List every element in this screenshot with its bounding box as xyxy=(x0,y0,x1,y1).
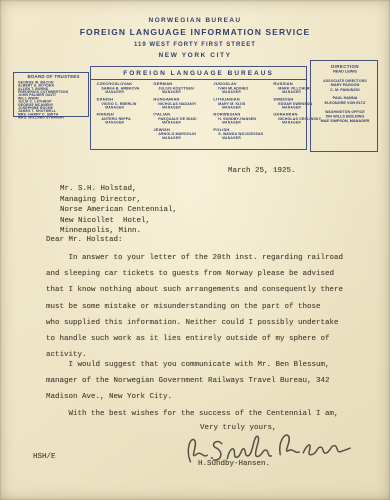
direction-box: DIRECTION READ LEWIS ASSOCIATE DIRECTORS… xyxy=(310,60,378,152)
washington-office-line: MAE SIMPSON, MANAGER xyxy=(311,119,379,124)
bureau-entry: DANISH VIGGO C. EBERLIN MANAGER xyxy=(97,97,154,109)
bureau-manager-label: MANAGER xyxy=(153,121,213,125)
bureaus-column-2: GERMAN JULIUS KOETTGEN MANAGER HUNGARIAN… xyxy=(153,82,213,143)
staff-names: PAUL HANNAELEONORE VON ELTZ xyxy=(311,96,379,106)
foreign-language-bureaus-box: FOREIGN LANGUAGE BUREAUS CZECHOSLOVAK SA… xyxy=(90,66,307,150)
bureau-manager-label: MANAGER xyxy=(213,106,273,110)
bureau-manager-label: MANAGER xyxy=(97,121,154,125)
bureau-entry: LITHUANIAN MARY M. KIZIS MANAGER xyxy=(213,97,273,109)
bureau-manager-label: MANAGER xyxy=(97,106,154,110)
board-of-trustees-box: BOARD OF TRUSTEES GEORGE W. BACON ALBERT… xyxy=(13,72,89,117)
bureau-entry: FINNISH ANTERO RIIPPA MANAGER xyxy=(97,112,154,124)
bureau-manager-label: MANAGER xyxy=(153,106,213,110)
bureau-manager-label: MANAGER xyxy=(273,121,313,125)
bureau-manager-label: MANAGER xyxy=(213,136,273,140)
board-title: BOARD OF TRUSTEES xyxy=(18,74,89,79)
bureau-manager-label: MANAGER xyxy=(213,121,273,125)
bureau-entry: ITALIAN PASQUALE DE BIASI MANAGER xyxy=(153,112,213,124)
bureau-manager-label: MANAGER xyxy=(97,90,154,94)
body-paragraph-1: In answer to your letter of the 20th ins… xyxy=(46,250,343,363)
board-member: MRS. WILLARD STRAIGHT xyxy=(18,116,93,119)
bureau-manager-label: MANAGER xyxy=(213,90,273,94)
salutation: Dear Mr. Holstad: xyxy=(46,236,123,244)
bureau-entry: JUGOSLAV IVAN MLADINEO MANAGER xyxy=(213,82,273,94)
staff-member: ELEONORE VON ELTZ xyxy=(311,101,379,106)
bureaus-column-3: JUGOSLAV IVAN MLADINEO MANAGER LITHUANIA… xyxy=(213,82,273,143)
letterhead-org-name: FOREIGN LANGUAGE INFORMATION SERVICE xyxy=(0,27,390,37)
bureau-manager-label: MANAGER xyxy=(273,106,313,110)
bureau-entry: SWEDISH EDGAR SWENSON MANAGER xyxy=(273,97,313,109)
bureau-manager-label: MANAGER xyxy=(153,90,213,94)
bureaus-column-1: CZECHOSLOVAK SARKA B. HRBKOVA MANAGER DA… xyxy=(97,82,154,143)
reference-initials: HSH/E xyxy=(33,453,56,461)
recipient-address: Mr. S.H. Holstad, Managing Director, Nor… xyxy=(60,184,177,237)
body-paragraph-2: I would suggest that you communicate wit… xyxy=(46,357,330,406)
bureaus-title: FOREIGN LANGUAGE BUREAUS xyxy=(91,67,306,80)
body-paragraph-3: With the best wishes for the success of … xyxy=(46,406,339,422)
letterhead-bureau-line: NORWEGIAN BUREAU xyxy=(0,17,390,24)
bureau-entry: HUNGARIAN NICHOLAS NADANYI MANAGER xyxy=(153,97,213,109)
bureau-entry: JEWISH ARNOLD MARGOLIN MANAGER xyxy=(153,128,213,140)
washington-office-lines: 504 WILLS BUILDINGMAE SIMPSON, MANAGER xyxy=(311,114,379,124)
bureaus-column-4: RUSSIAN MARK VILLCHUR MANAGER SWEDISH ED… xyxy=(273,82,313,143)
letter-date: March 25, 1925. xyxy=(228,167,296,175)
letterhead-city: NEW YORK CITY xyxy=(0,52,390,59)
board-member-list: GEORGE W. BACON ALBERT A. BOYDEN ALLEN T… xyxy=(18,81,93,119)
bureaus-grid: CZECHOSLOVAK SARKA B. HRBKOVA MANAGER DA… xyxy=(91,80,313,143)
bureau-entry: RUSSIAN MARK VILLCHUR MANAGER xyxy=(273,82,313,94)
bureau-manager-label: MANAGER xyxy=(273,90,313,94)
associate-director: C. M. PANUNZIO xyxy=(311,88,379,93)
bureau-entry: CZECHOSLOVAK SARKA B. HRBKOVA MANAGER xyxy=(97,82,154,94)
director-name: READ LEWIS xyxy=(311,69,379,74)
associate-director-list: MARY PAGOONC. M. PANUNZIO xyxy=(311,83,379,93)
bureau-entry: POLISH S. WANDA WOJCIESZAK MANAGER xyxy=(213,128,273,140)
typed-signature-name: H.Sundby-Hansen. xyxy=(198,460,270,468)
bureau-entry: UKRAINIAN NICHOLAS CEGLINSKY MANAGER xyxy=(273,112,313,124)
bureau-entry: GERMAN JULIUS KOETTGEN MANAGER xyxy=(153,82,213,94)
letterhead-street: 119 WEST FORTY FIRST STREET xyxy=(0,42,390,48)
scanned-letter-page: NORWEGIAN BUREAU FOREIGN LANGUAGE INFORM… xyxy=(0,0,390,500)
bureau-entry: NORWEGIAN H. SUNDBY-HANSEN MANAGER xyxy=(213,112,273,124)
bureau-manager-label: MANAGER xyxy=(153,136,213,140)
